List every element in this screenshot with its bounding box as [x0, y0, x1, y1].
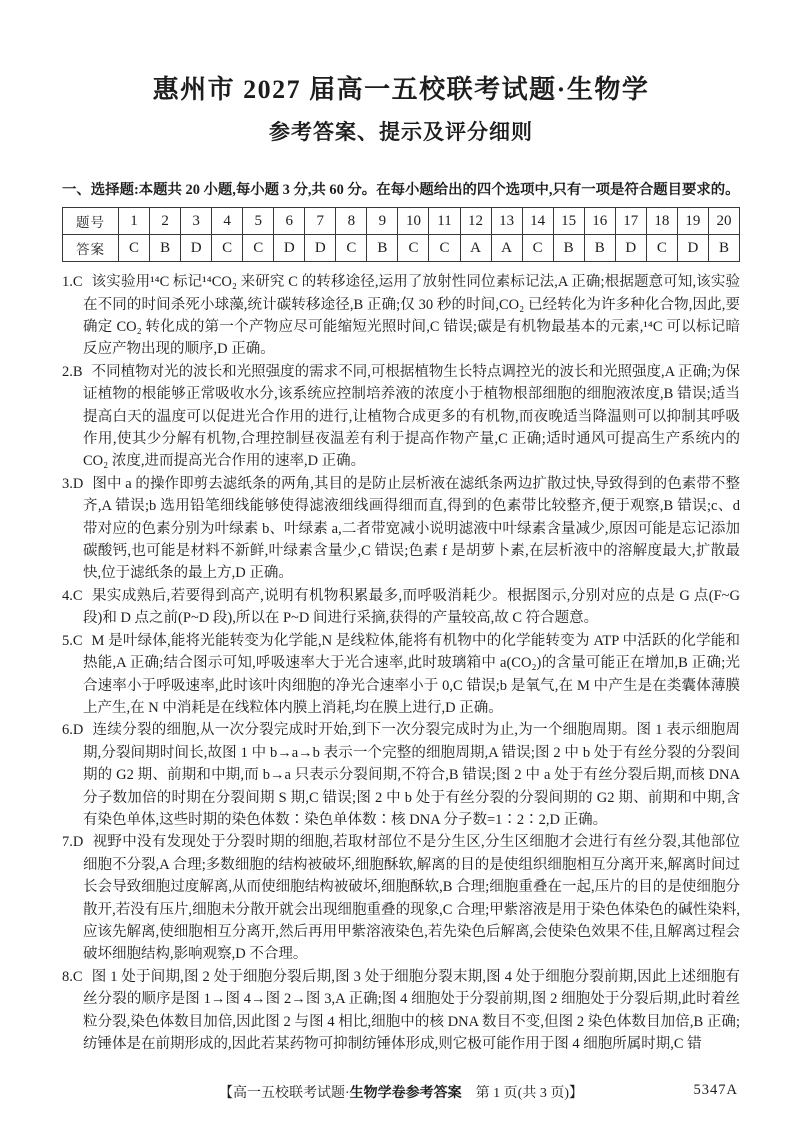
- explanation-item-6: 6.D连续分裂的细胞,从一次分裂完成时开始,到下一次分裂完成时为止,为一个细胞周…: [62, 719, 740, 831]
- question-number-cell: 6: [274, 208, 305, 235]
- question-number-cell: 5: [243, 208, 274, 235]
- explanation-item-5: 5.CM 是叶绿体,能将光能转变为化学能,N 是线粒体,能将有机物中的化学能转变…: [62, 630, 740, 720]
- item-label: 3.D: [62, 476, 83, 492]
- question-number-cell: 19: [677, 208, 708, 235]
- footer-prefix: 【高一五校联考试题·: [219, 1086, 350, 1101]
- item-text: 该实验用¹⁴C 标记¹⁴CO₂ 来研究 C 的转移途径,运用了放射性同位素标记法…: [83, 274, 740, 357]
- explanation-item-1: 1.C该实验用¹⁴C 标记¹⁴CO₂ 来研究 C 的转移途径,运用了放射性同位素…: [62, 271, 740, 361]
- page-footer: 【高一五校联考试题·生物学卷参考答案 第 1 页(共 3 页)】 5347A: [62, 1082, 740, 1102]
- section-heading: 一、选择题:本题共 20 小题,每小题 3 分,共 60 分。在每小题给出的四个…: [62, 180, 740, 200]
- question-number-row: 题号 1 2 3 4 5 6 7 8 9 10 11 12 13 14 15 1…: [63, 208, 740, 235]
- exam-answer-sheet-page: 惠州市 2027 届高一五校联考试题·生物学 参考答案、提示及评分细则 一、选择…: [0, 0, 800, 1130]
- item-label: 6.D: [62, 722, 83, 738]
- answer-cell: B: [584, 235, 615, 262]
- answer-cell: B: [553, 235, 584, 262]
- question-number-cell: 1: [119, 208, 150, 235]
- question-number-cell: 3: [181, 208, 212, 235]
- answer-cell: C: [212, 235, 243, 262]
- answer-cell: B: [150, 235, 181, 262]
- question-number-cell: 2: [150, 208, 181, 235]
- item-label: 1.C: [62, 274, 83, 290]
- answer-cell: C: [522, 235, 553, 262]
- question-number-cell: 12: [460, 208, 491, 235]
- explanation-item-3: 3.D图中 a 的操作即剪去滤纸条的两角,其目的是防止层析液在滤纸条两边扩散过快…: [62, 473, 740, 585]
- answer-cell: D: [677, 235, 708, 262]
- answer-cell: C: [429, 235, 460, 262]
- question-number-cell: 15: [553, 208, 584, 235]
- answer-cell: A: [460, 235, 491, 262]
- item-text: 不同植物对光的波长和光照强度的需求不同,可根据植物生长特点调控光的波长和光照强度…: [83, 364, 740, 470]
- item-label: 2.B: [62, 364, 83, 380]
- question-number-cell: 17: [615, 208, 646, 235]
- item-text: 视野中没有发现处于分裂时期的细胞,若取材部位不是分生区,分生区细胞才会进行有丝分…: [83, 834, 740, 962]
- page-subtitle: 参考答案、提示及评分细则: [62, 105, 740, 146]
- question-number-cell: 16: [584, 208, 615, 235]
- question-number-cell: 20: [708, 208, 739, 235]
- question-number-cell: 4: [212, 208, 243, 235]
- question-number-cell: 13: [491, 208, 522, 235]
- item-label: 4.C: [62, 588, 83, 604]
- item-text: M 是叶绿体,能将光能转变为化学能,N 是线粒体,能将有机物中的化学能转变为 A…: [83, 633, 740, 716]
- item-label: 7.D: [62, 834, 83, 850]
- question-number-cell: 7: [305, 208, 336, 235]
- answer-cell: C: [336, 235, 367, 262]
- answer-cell: D: [305, 235, 336, 262]
- item-text: 图 1 处于间期,图 2 处于细胞分裂后期,图 3 处于细胞分裂末期,图 4 处…: [83, 969, 740, 1052]
- answer-cell: C: [398, 235, 429, 262]
- answer-cell: A: [491, 235, 522, 262]
- explanation-list: 1.C该实验用¹⁴C 标记¹⁴CO₂ 来研究 C 的转移途径,运用了放射性同位素…: [62, 271, 740, 1055]
- paper-code: 5347A: [694, 1082, 738, 1099]
- explanation-item-4: 4.C果实成熟后,若要得到高产,说明有机物积累最多,而呼吸消耗少。根据图示,分别…: [62, 585, 740, 630]
- row-label-question: 题号: [63, 208, 119, 235]
- question-number-cell: 18: [646, 208, 677, 235]
- answer-cell: B: [367, 235, 398, 262]
- answer-row: 答案 C B D C C D D C B C C A A C B B D C D: [63, 235, 740, 262]
- answer-cell: D: [615, 235, 646, 262]
- item-text: 连续分裂的细胞,从一次分裂完成时开始,到下一次分裂完成时为止,为一个细胞周期。图…: [83, 722, 740, 828]
- footer-subject: 生物学卷参考答案: [350, 1086, 462, 1101]
- explanation-item-2: 2.B不同植物对光的波长和光照强度的需求不同,可根据植物生长特点调控光的波长和光…: [62, 361, 740, 473]
- question-number-cell: 14: [522, 208, 553, 235]
- question-number-cell: 8: [336, 208, 367, 235]
- question-number-cell: 10: [398, 208, 429, 235]
- answer-cell: D: [274, 235, 305, 262]
- answer-cell: D: [181, 235, 212, 262]
- item-label: 8.C: [62, 969, 83, 985]
- answer-cell: C: [646, 235, 677, 262]
- item-label: 5.C: [62, 633, 83, 649]
- item-text: 图中 a 的操作即剪去滤纸条的两角,其目的是防止层析液在滤纸条两边扩散过快,导致…: [83, 476, 740, 582]
- page-title: 惠州市 2027 届高一五校联考试题·生物学: [62, 0, 740, 105]
- question-number-cell: 11: [429, 208, 460, 235]
- footer-page-info: 第 1 页(共 3 页)】: [462, 1086, 583, 1101]
- answer-cell: C: [119, 235, 150, 262]
- item-text: 果实成熟后,若要得到高产,说明有机物积累最多,而呼吸消耗少。根据图示,分别对应的…: [83, 588, 740, 626]
- answer-cell: C: [243, 235, 274, 262]
- answer-table: 题号 1 2 3 4 5 6 7 8 9 10 11 12 13 14 15 1…: [62, 207, 740, 262]
- explanation-item-7: 7.D视野中没有发现处于分裂时期的细胞,若取材部位不是分生区,分生区细胞才会进行…: [62, 831, 740, 965]
- answer-cell: B: [708, 235, 739, 262]
- page-content: 惠州市 2027 届高一五校联考试题·生物学 参考答案、提示及评分细则 一、选择…: [62, 0, 740, 1055]
- row-label-answer: 答案: [63, 235, 119, 262]
- question-number-cell: 9: [367, 208, 398, 235]
- explanation-item-8: 8.C图 1 处于间期,图 2 处于细胞分裂后期,图 3 处于细胞分裂末期,图 …: [62, 966, 740, 1056]
